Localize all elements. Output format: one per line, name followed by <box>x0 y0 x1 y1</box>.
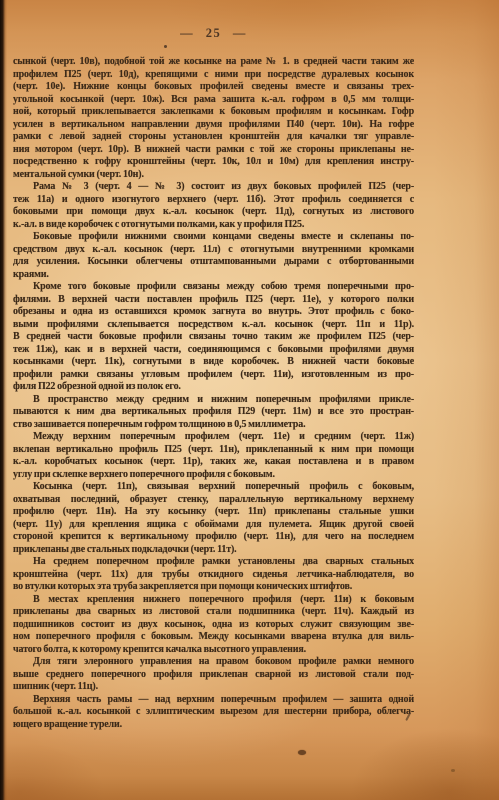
text-line: Косынка (черт. 11п), связывая верхний по… <box>13 481 414 494</box>
text-line: к.-ал. в виде коробочек с отогнутыми пол… <box>13 219 414 232</box>
text-line: к.-ал. коробчатых косынок (черт. 11р), т… <box>13 456 414 469</box>
text-line: ющего вращение турели. <box>13 719 414 732</box>
text-line: профилем П25 (черт. 10д), крепящими с ни… <box>13 69 414 82</box>
text-line: теж 11а) и одного изогнутого верхнего (ч… <box>13 194 414 207</box>
text-line: В средней части боковые профили связаны … <box>13 331 414 344</box>
ink-speck <box>164 45 167 48</box>
paragraph: В местах крепления нижнего поперечного п… <box>13 594 414 657</box>
text-line: для усиления. Косынки облегчены отштампо… <box>13 256 414 269</box>
text-line: На среднем поперечном профиле рамки уста… <box>13 556 414 569</box>
text-line: Кроме того боковые профили связаны между… <box>13 281 414 294</box>
ink-speck <box>298 750 306 755</box>
text-line: косынками (черт. 11к), согнутыми в виде … <box>13 356 414 369</box>
text-line: шипник (черт. 11ц). <box>13 681 414 694</box>
paragraph: Верхняя часть рамы — над верхним попереч… <box>13 694 414 732</box>
text-line: углу при склепке верхнего поперечного пр… <box>13 469 414 482</box>
text-line: профили рамки связаны угловым профилем (… <box>13 369 414 382</box>
book-page-scan: — 25 — сынкой (черт. 10в), подобной той … <box>0 0 499 800</box>
text-line: Верхняя часть рамы — над верхним попереч… <box>13 694 414 707</box>
text-line: филя П22 обрезной одной из полок его. <box>13 381 414 394</box>
text-line: пываются к ним два вертикальных профиля … <box>13 406 414 419</box>
text-line: выми профилями склепывается посредством … <box>13 319 414 332</box>
text-line: большой к.-ал. косынкой с эллиптическим … <box>13 706 414 719</box>
text-line: профилю (черт. 11н). На эту косынку (чер… <box>13 506 414 519</box>
text-line: обрезаны и одна из оставшихся кромок заг… <box>13 306 414 319</box>
text-line: краями. <box>13 269 414 282</box>
text-line: сынкой (черт. 10в), подобной той же косы… <box>13 56 414 69</box>
text-line: (черт. 11у) для крепления ящика с обойма… <box>13 519 414 532</box>
text-line: выше среднего поперечного профиля прикле… <box>13 669 414 682</box>
paragraph: В пространство между средним и нижним по… <box>13 394 414 432</box>
text-line: ния мотором (черт. 10р). В нижней части … <box>13 144 414 157</box>
text-line: вклепан вертикально профиль П25 (черт. 1… <box>13 444 414 457</box>
text-line: Боковые профили нижними своими концами с… <box>13 231 414 244</box>
text-line: теж 11ж), как и в верхней части, соединя… <box>13 344 414 357</box>
text-line: Для тяги элеронного управления на правом… <box>13 656 414 669</box>
paragraph: сынкой (черт. 10в), подобной той же косы… <box>13 56 414 181</box>
text-line: охватывая последний, образует стенку, па… <box>13 494 414 507</box>
text-line: усилен в вертикальном направлении двумя … <box>13 119 414 132</box>
text-line: кронштейна (черт. 11х) для трубы откидно… <box>13 569 414 582</box>
text-line: средством двух к.-ал. косынок (черт. 11л… <box>13 244 414 257</box>
text-line: боковыми при помощи двух к.-ал. косынок … <box>13 206 414 219</box>
text-line: ном поперечного профиля с боковым. Между… <box>13 631 414 644</box>
text-line: Рама № 3 (черт. 4 — № 3) состоит из двух… <box>13 181 414 194</box>
text-line: (черт. 10е). Нижние концы боковых профил… <box>13 81 414 94</box>
ink-speck <box>451 769 455 772</box>
paragraph: Косынка (черт. 11п), связывая верхний по… <box>13 481 414 556</box>
text-block: сынкой (черт. 10в), подобной той же косы… <box>13 56 414 731</box>
text-line: угольной косынкой (черт. 10ж). Вся рама … <box>13 94 414 107</box>
text-line: рамки с левой задней стороны установлен … <box>13 131 414 144</box>
text-line: ментальной сумки (черт. 10н). <box>13 169 414 182</box>
text-line: стороной крепится к вертикальному профил… <box>13 531 414 544</box>
paragraph: Кроме того боковые профили связаны между… <box>13 281 414 394</box>
paragraph: Боковые профили нижними своими концами с… <box>13 231 414 281</box>
gutter-shadow <box>0 0 7 800</box>
text-line: ство зашивается поперечным гофром толщин… <box>13 419 414 432</box>
text-line: Между верхним поперечным профилем (черт.… <box>13 431 414 444</box>
page-number: — 25 — <box>13 26 414 41</box>
text-line: В пространство между средним и нижним по… <box>13 394 414 407</box>
paragraph: Рама № 3 (черт. 4 — № 3) состоит из двух… <box>13 181 414 231</box>
text-line: чатого болта, к которому крепится качалк… <box>13 644 414 657</box>
text-line: филями. В верхней части поставлен профил… <box>13 294 414 307</box>
text-line: во втулки которых эта труба закрепляется… <box>13 581 414 594</box>
text-line: приклепаны два сварных из листовой стали… <box>13 606 414 619</box>
text-line: ной, который приклепывается заклепками к… <box>13 106 414 119</box>
ink-speck <box>228 589 231 592</box>
text-line: подшипников состоит из двух косынок, одн… <box>13 619 414 632</box>
paragraph: Для тяги элеронного управления на правом… <box>13 656 414 694</box>
text-line: приклепаны две стальных подкладочки (чер… <box>13 544 414 557</box>
paragraph: На среднем поперечном профиле рамки уста… <box>13 556 414 594</box>
paragraph: Между верхним поперечным профилем (черт.… <box>13 431 414 481</box>
text-line: посредственно к гофру кронштейны (черт. … <box>13 156 414 169</box>
text-line: В местах крепления нижнего поперечного п… <box>13 594 414 607</box>
